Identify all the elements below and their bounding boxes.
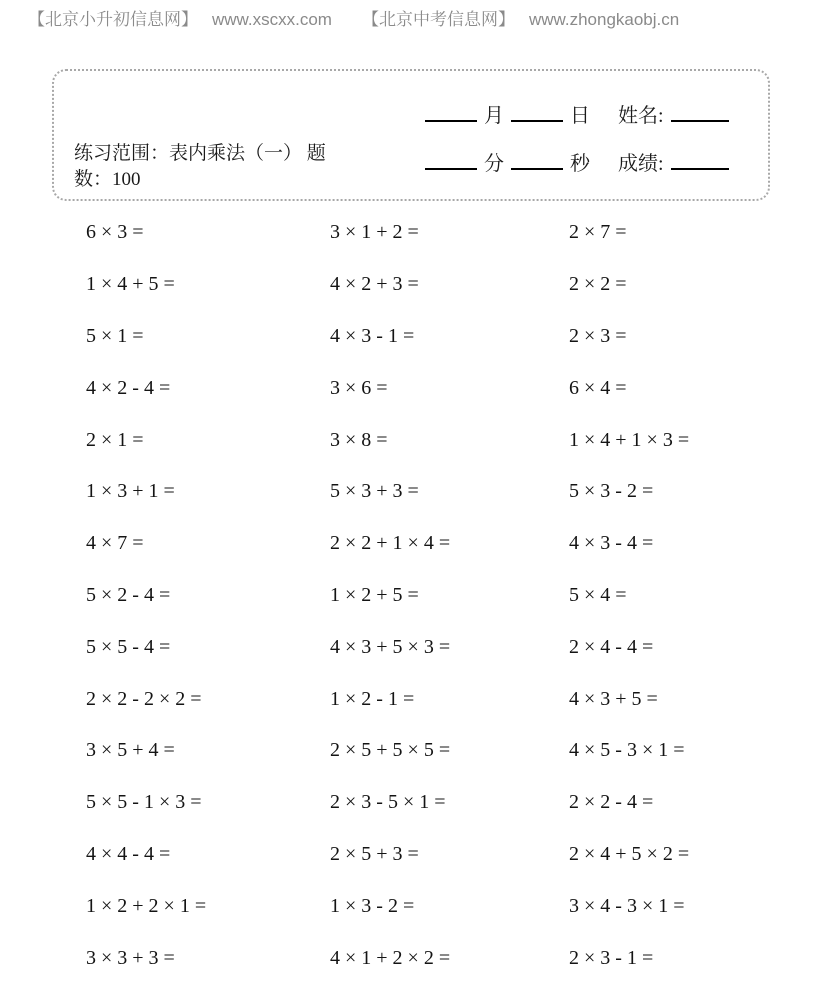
month-blank bbox=[425, 106, 477, 122]
site2-name: 【北京中考信息网】 bbox=[362, 10, 515, 29]
second-label: 秒 bbox=[570, 153, 590, 175]
problem-34: 5 × 5 - 1 × 3 = bbox=[86, 791, 330, 814]
problem-20: 2 × 2 + 1 × 4 = bbox=[330, 532, 569, 555]
time-line: 分秒成绩: bbox=[420, 147, 729, 176]
problem-1: 6 × 3 = bbox=[86, 221, 330, 244]
problem-15: 1 × 4 + 1 × 3 = bbox=[569, 429, 809, 452]
problem-18: 5 × 3 - 2 = bbox=[569, 480, 809, 503]
site1-url: www.xscxx.com bbox=[212, 10, 332, 29]
minute-label: 分 bbox=[484, 153, 504, 175]
problem-30: 4 × 3 + 5 = bbox=[569, 688, 809, 711]
problem-10: 4 × 2 - 4 = bbox=[86, 377, 330, 400]
problem-24: 5 × 4 = bbox=[569, 584, 809, 607]
second-blank bbox=[511, 154, 563, 170]
problem-13: 2 × 1 = bbox=[86, 429, 330, 452]
score-label: 成绩: bbox=[618, 153, 664, 175]
problem-38: 2 × 5 + 3 = bbox=[330, 843, 569, 866]
problem-12: 6 × 4 = bbox=[569, 377, 809, 400]
date-line: 月日姓名: bbox=[420, 99, 729, 128]
month-label: 月 bbox=[484, 105, 504, 127]
problem-25: 5 × 5 - 4 = bbox=[86, 636, 330, 659]
problem-31: 3 × 5 + 4 = bbox=[86, 739, 330, 762]
problem-11: 3 × 6 = bbox=[330, 377, 569, 400]
info-box: 练习范围：表内乘法（一） 题 数：100 月日姓名: 分秒成绩: bbox=[52, 69, 770, 201]
site1-name: 【北京小升初信息网】 bbox=[28, 10, 198, 29]
practice-scope-line1: 练习范围：表内乘法（一） 题 bbox=[74, 141, 326, 167]
site-header: 【北京小升初信息网】www.xscxx.com【北京中考信息网】www.zhon… bbox=[28, 9, 679, 31]
problem-32: 2 × 5 + 5 × 5 = bbox=[330, 739, 569, 762]
problem-43: 3 × 3 + 3 = bbox=[86, 947, 330, 970]
problem-33: 4 × 5 - 3 × 1 = bbox=[569, 739, 809, 762]
problem-36: 2 × 2 - 4 = bbox=[569, 791, 809, 814]
problem-39: 2 × 4 + 5 × 2 = bbox=[569, 843, 809, 866]
problem-21: 4 × 3 - 4 = bbox=[569, 532, 809, 555]
day-blank bbox=[511, 106, 563, 122]
problem-35: 2 × 3 - 5 × 1 = bbox=[330, 791, 569, 814]
name-blank bbox=[671, 106, 729, 122]
problem-17: 5 × 3 + 3 = bbox=[330, 480, 569, 503]
problem-37: 4 × 4 - 4 = bbox=[86, 843, 330, 866]
problem-22: 5 × 2 - 4 = bbox=[86, 584, 330, 607]
problem-27: 2 × 4 - 4 = bbox=[569, 636, 809, 659]
problem-42: 3 × 4 - 3 × 1 = bbox=[569, 895, 809, 918]
problem-44: 4 × 1 + 2 × 2 = bbox=[330, 947, 569, 970]
problem-6: 2 × 2 = bbox=[569, 273, 809, 296]
problem-45: 2 × 3 - 1 = bbox=[569, 947, 809, 970]
problem-4: 1 × 4 + 5 = bbox=[86, 273, 330, 296]
problem-19: 4 × 7 = bbox=[86, 532, 330, 555]
problem-8: 4 × 3 - 1 = bbox=[330, 325, 569, 348]
problem-3: 2 × 7 = bbox=[569, 221, 809, 244]
problems-grid: 6 × 3 =3 × 1 + 2 =2 × 7 =1 × 4 + 5 =4 × … bbox=[86, 207, 809, 984]
worksheet-page: 【北京小升初信息网】www.xscxx.com【北京中考信息网】www.zhon… bbox=[0, 0, 826, 1005]
name-label: 姓名: bbox=[618, 105, 664, 127]
problem-40: 1 × 2 + 2 × 1 = bbox=[86, 895, 330, 918]
problem-16: 1 × 3 + 1 = bbox=[86, 480, 330, 503]
problem-26: 4 × 3 + 5 × 3 = bbox=[330, 636, 569, 659]
problem-41: 1 × 3 - 2 = bbox=[330, 895, 569, 918]
problem-9: 2 × 3 = bbox=[569, 325, 809, 348]
problem-14: 3 × 8 = bbox=[330, 429, 569, 452]
problem-5: 4 × 2 + 3 = bbox=[330, 273, 569, 296]
problem-23: 1 × 2 + 5 = bbox=[330, 584, 569, 607]
problem-28: 2 × 2 - 2 × 2 = bbox=[86, 688, 330, 711]
problem-7: 5 × 1 = bbox=[86, 325, 330, 348]
problem-2: 3 × 1 + 2 = bbox=[330, 221, 569, 244]
site2-url: www.zhongkaobj.cn bbox=[529, 10, 679, 29]
practice-scope: 练习范围：表内乘法（一） 题 数：100 bbox=[74, 141, 326, 193]
minute-blank bbox=[425, 154, 477, 170]
practice-scope-line2: 数：100 bbox=[74, 167, 326, 193]
problem-29: 1 × 2 - 1 = bbox=[330, 688, 569, 711]
score-blank bbox=[671, 154, 729, 170]
day-label: 日 bbox=[570, 105, 590, 127]
